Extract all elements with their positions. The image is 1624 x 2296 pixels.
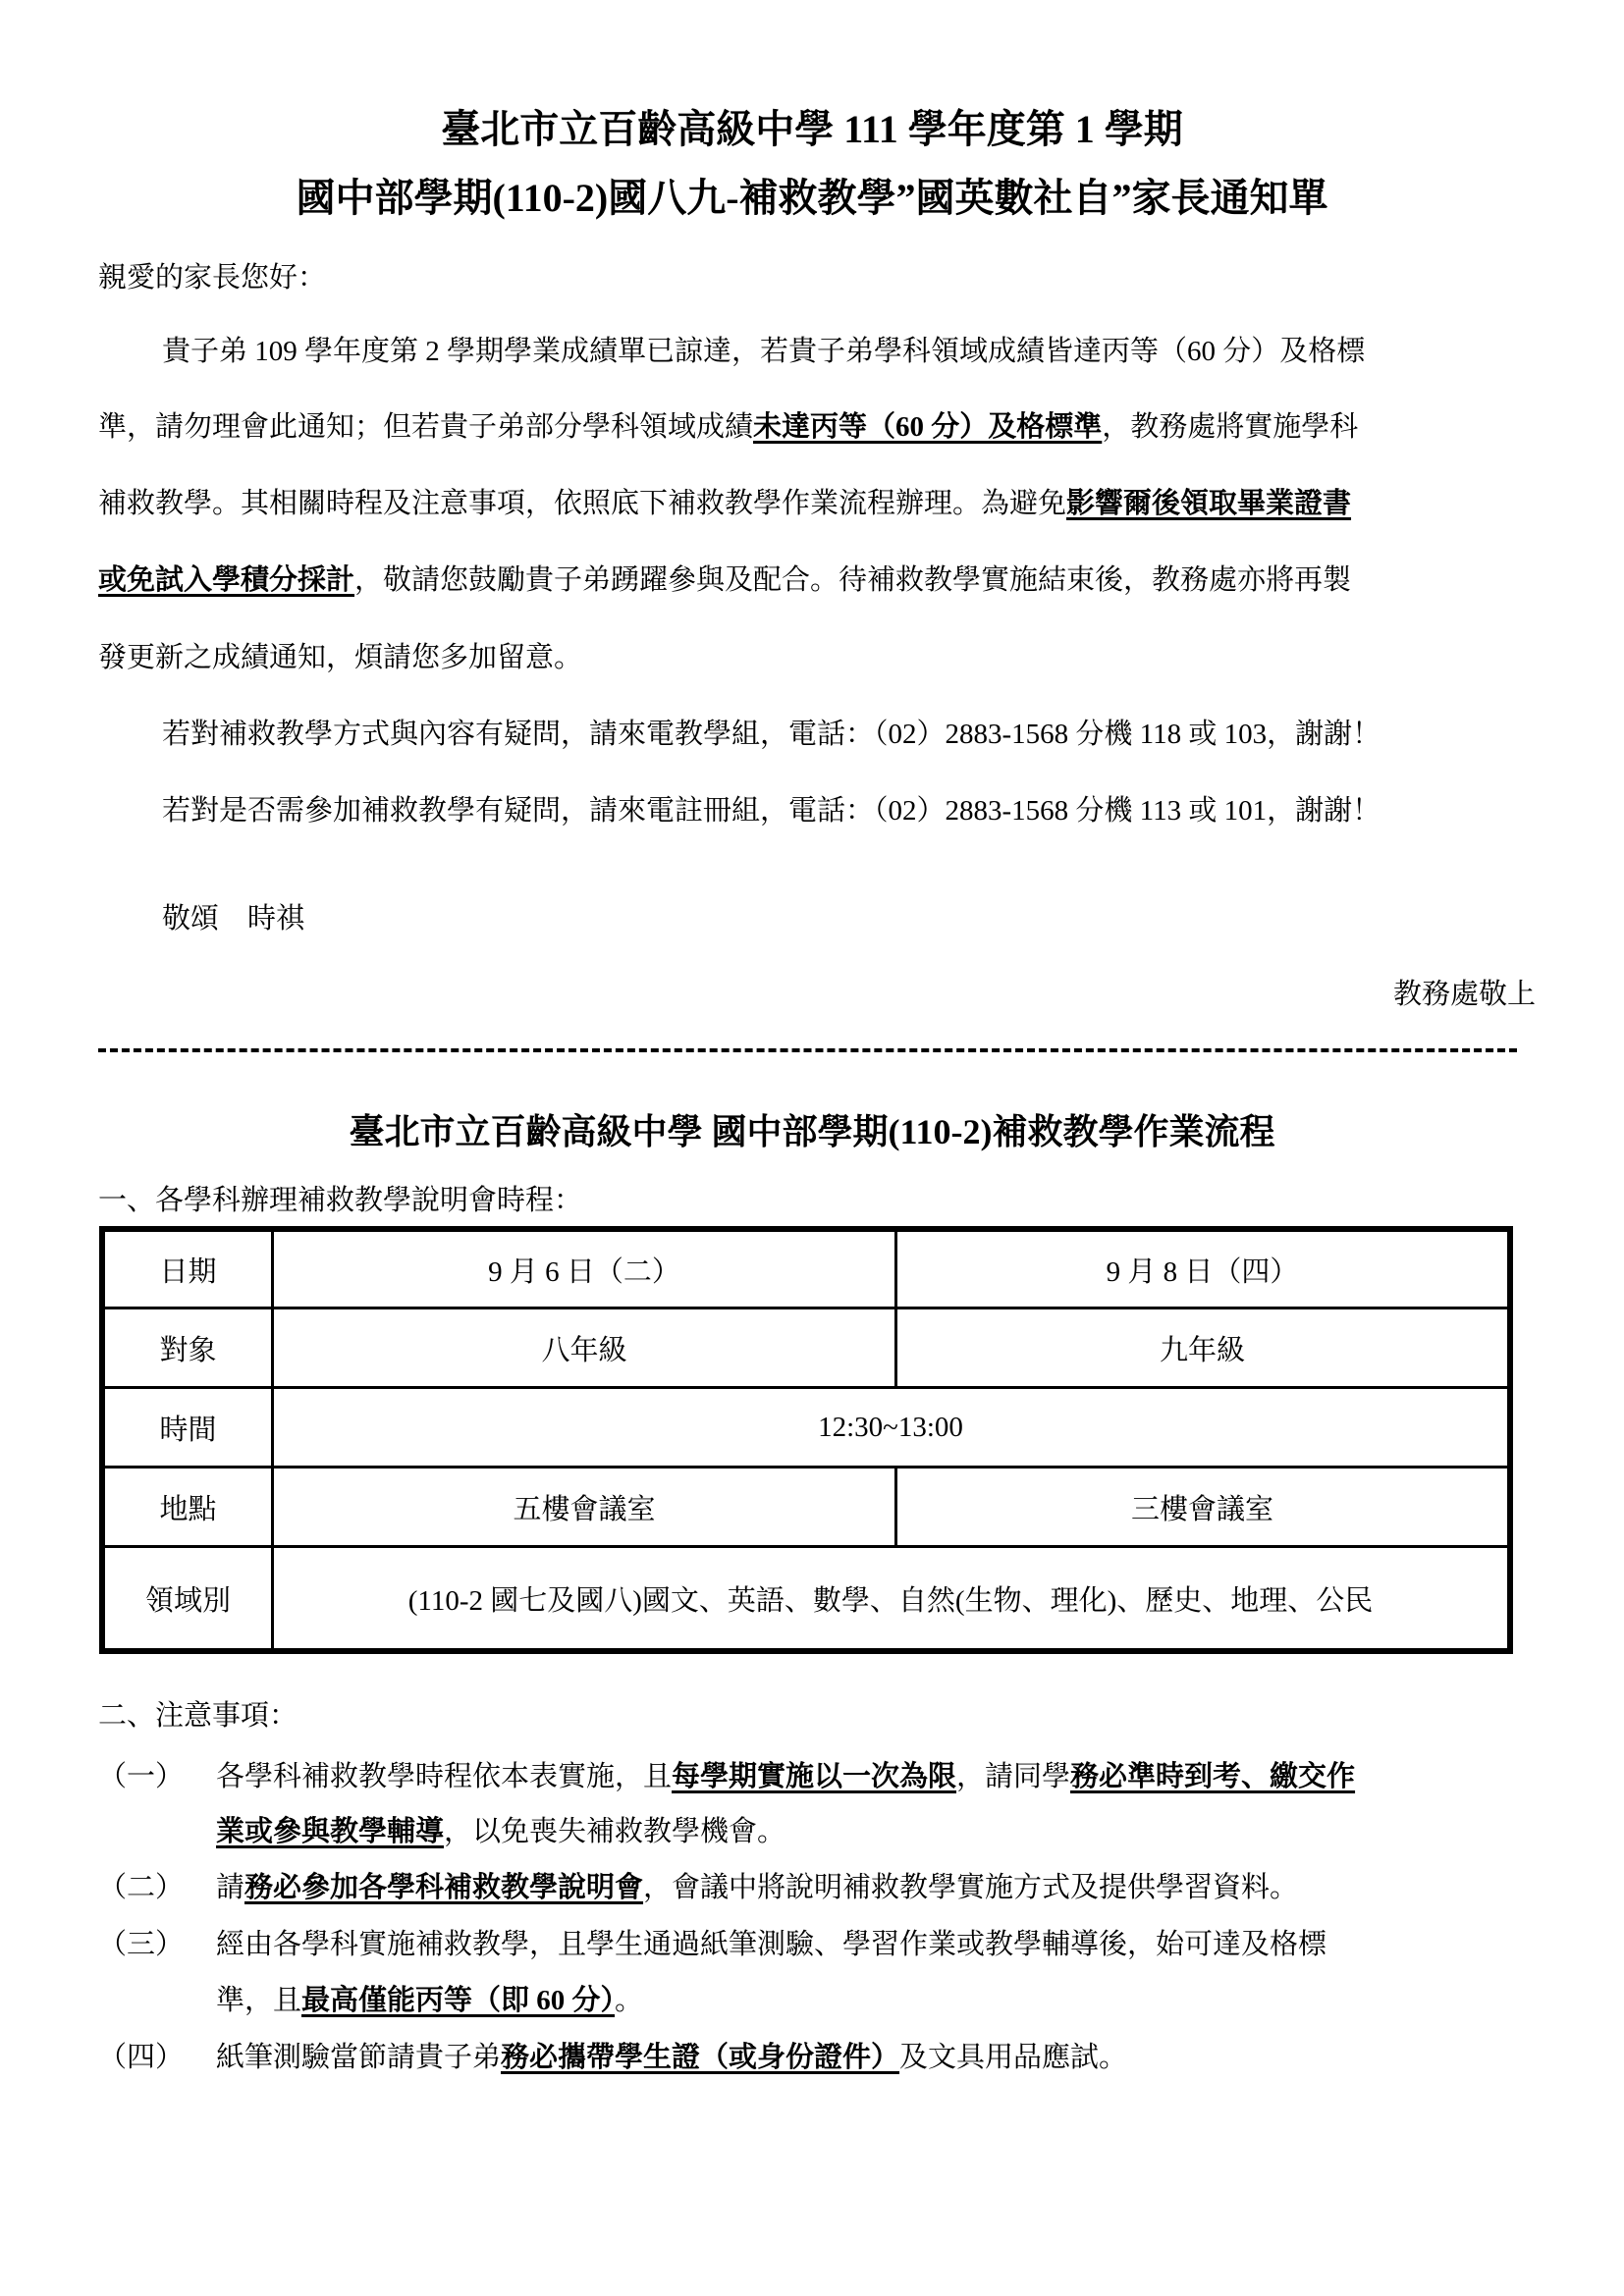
greeting: 親愛的家長您好： (98, 260, 1537, 295)
emphasis-text: 務必攜帶學生證（或身份證件） (501, 2042, 899, 2073)
text: 貴子弟 109 學年度第 2 學期學業成績單已諒達，若貴子弟學科領域成績皆達丙等… (162, 336, 1365, 367)
signature: 教務處敬上 (1393, 977, 1536, 1012)
text: ，敬請您鼓勵貴子弟踴躍參與及配合。待補救教學實施結束後，教務處亦將再製 (354, 564, 1351, 596)
text: 準，且 (216, 1985, 301, 2016)
row-header: 地點 (102, 1468, 273, 1547)
note-line: 請務必參加各學科補救教學說明會，會議中將說明補救教學實施方式及提供學習資料。 (216, 1865, 1298, 1905)
table-cell: 五樓會議室 (273, 1468, 896, 1547)
note-number: （二） (98, 1865, 184, 1905)
paragraph-line: 發更新之成績通知，煩請您多加留意。 (98, 640, 1537, 675)
section-heading-notes: 二、注意事項： (98, 1698, 1537, 1734)
emphasis-text: 影響爾後領取畢業證書 (1066, 488, 1351, 519)
table-cell: (110-2 國七及國八)國文、英語、數學、自然(生物、理化)、歷史、地理、公民 (273, 1547, 1511, 1652)
emphasis-text: 或免試入學積分採計 (98, 564, 354, 596)
table-row: 日期 9 月 6 日（二） 9 月 8 日（四） (102, 1229, 1510, 1308)
text: 準，請勿理會此通知；但若貴子弟部分學科領域成績 (98, 411, 753, 443)
emphasis-text: 務必準時到考、繳交作 (1070, 1761, 1355, 1792)
closing: 敬頌 時祺 (162, 901, 1600, 936)
emphasis-text: 務必參加各學科補救教學說明會 (244, 1872, 643, 1903)
text: ，會議中將說明補救教學實施方式及提供學習資料。 (643, 1872, 1298, 1903)
table-cell: 九年級 (896, 1308, 1511, 1388)
table-cell: 12:30~13:00 (273, 1388, 1511, 1468)
table-cell: 9 月 8 日（四） (896, 1229, 1511, 1308)
note-number: （三） (98, 1922, 184, 1962)
text: ，以免喪失補救教學機會。 (444, 1816, 785, 1847)
table-cell: 三樓會議室 (896, 1468, 1511, 1547)
note-line: 準，且最高僅能丙等（即 60 分）。 (216, 1978, 643, 2018)
flow-title: 臺北市立百齡高級中學 國中部學期(110-2)補救教學作業流程 (0, 1104, 1624, 1154)
note-line: 各學科補救教學時程依本表實施，且每學期實施以一次為限，請同學務必準時到考、繳交作 (216, 1754, 1355, 1794)
table-cell: 八年級 (273, 1308, 896, 1388)
section-heading-schedule: 一、各學科辦理補救教學說明會時程： (98, 1183, 1537, 1218)
emphasis-text: 最高僅能丙等（即 60 分） (301, 1985, 615, 2016)
paragraph-line: 補救教學。其相關時程及注意事項，依照底下補救教學作業流程辦理。為避免影響爾後領取… (98, 486, 1537, 521)
note-line: 經由各學科實施補救教學，且學生通過紙筆測驗、學習作業或教學輔導後，始可達及格標 (216, 1922, 1326, 1962)
table-row: 地點 五樓會議室 三樓會議室 (102, 1468, 1510, 1547)
emphasis-text: 業或參與教學輔導 (216, 1816, 444, 1847)
schedule-table: 日期 9 月 6 日（二） 9 月 8 日（四） 對象 八年級 九年級 時間 1… (99, 1226, 1513, 1654)
paragraph-line: 準，請勿理會此通知；但若貴子弟部分學科領域成績未達丙等（60 分）及格標準，教務… (98, 409, 1537, 445)
text: 經由各學科實施補救教學，且學生通過紙筆測驗、學習作業或教學輔導後，始可達及格標 (216, 1929, 1326, 1960)
text: ，教務處將實施學科 (1102, 411, 1358, 443)
row-header: 日期 (102, 1229, 273, 1308)
table-row: 時間 12:30~13:00 (102, 1388, 1510, 1468)
text: ，請同學 (956, 1761, 1070, 1792)
row-header: 時間 (102, 1388, 273, 1468)
table-cell: 9 月 6 日（二） (273, 1229, 896, 1308)
text: 及文具用品應試。 (899, 2042, 1127, 2073)
note-line: 紙筆測驗當節請貴子弟務必攜帶學生證（或身份證件）及文具用品應試。 (216, 2035, 1127, 2075)
document-title: 臺北市立百齡高級中學 111 學年度第 1 學期 (0, 98, 1624, 154)
note-number: （一） (98, 1754, 184, 1794)
table-row: 領域別 (110-2 國七及國八)國文、英語、數學、自然(生物、理化)、歷史、地… (102, 1547, 1510, 1652)
text: 補救教學。其相關時程及注意事項，依照底下補救教學作業流程辦理。為避免 (98, 488, 1066, 519)
note-line: 業或參與教學輔導，以免喪失補救教學機會。 (216, 1809, 785, 1849)
contact-teaching: 若對補救教學方式與內容有疑問，請來電教學組，電話：（02）2883-1568 分… (162, 717, 1600, 752)
paragraph-line: 或免試入學積分採計，敬請您鼓勵貴子弟踴躍參與及配合。待補救教學實施結束後，教務處… (98, 562, 1537, 598)
row-header: 領域別 (102, 1547, 273, 1652)
row-header: 對象 (102, 1308, 273, 1388)
text: 紙筆測驗當節請貴子弟 (216, 2042, 501, 2073)
emphasis-text: 每學期實施以一次為限 (672, 1761, 956, 1792)
document-subtitle: 國中部學期(110-2)國八九-補救教學”國英數社自”家長通知單 (0, 167, 1624, 223)
text: 各學科補救教學時程依本表實施，且 (216, 1761, 672, 1792)
emphasis-text: 未達丙等（60 分）及格標準 (753, 411, 1102, 443)
text: 。 (615, 1985, 643, 2016)
cut-line-divider (98, 1048, 1517, 1052)
contact-registration: 若對是否需參加補救教學有疑問，請來電註冊組，電話：（02）2883-1568 分… (162, 793, 1600, 828)
paragraph-line: 貴子弟 109 學年度第 2 學期學業成績單已諒達，若貴子弟學科領域成績皆達丙等… (162, 334, 1600, 369)
text: 請 (216, 1872, 244, 1903)
note-number: （四） (98, 2035, 184, 2075)
text: 發更新之成績通知，煩請您多加留意。 (98, 642, 582, 673)
table-row: 對象 八年級 九年級 (102, 1308, 1510, 1388)
